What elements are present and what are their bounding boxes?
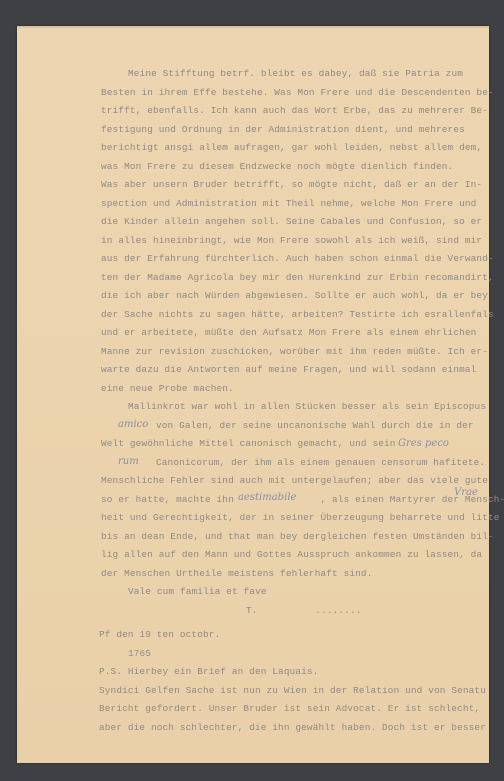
- text-line: T. ........: [246, 602, 362, 620]
- text-line: was Mon Frere zu diesem Endzwecke noch m…: [101, 158, 453, 176]
- text-line: ten der Madame Agricola bey mir den Hure…: [101, 269, 494, 287]
- text-line: Mallinkrot war wohl in allen Stücken bes…: [128, 398, 486, 416]
- text-line: lig allen auf den Mann und Gottes Ausspr…: [101, 546, 482, 564]
- text-line: Besten in ihrem Effe bestehe. Was Mon Fr…: [101, 84, 494, 102]
- text-line: spection und Administration mit Theil ne…: [101, 195, 476, 213]
- text-line: so er hatte, machte ihn , als einen Mart…: [101, 491, 504, 509]
- text-line: von Galen, der seine uncanonische Wahl d…: [156, 417, 474, 435]
- text-line: die ich aber nach Würden abgewiesen. Sol…: [101, 287, 488, 305]
- text-line: heit und Gerechtigkeit, der in seiner Üb…: [101, 509, 500, 527]
- text-line: die Kinder allein angehen soll. Seine Ca…: [101, 213, 482, 231]
- text-line: Canonicorum, der ihm als einem genauen c…: [156, 454, 485, 472]
- text-line: trifft, ebenfalls. Ich kann auch das Wor…: [101, 102, 488, 120]
- handwritten-note: rum: [118, 456, 139, 467]
- text-line: Bericht gefordert. Unser Bruder ist sein…: [99, 700, 480, 718]
- text-line: Manne zur revision zuschicken, worüber m…: [101, 343, 488, 361]
- text-line: eine neue Probe machen.: [101, 380, 234, 398]
- text-line: und er arbeitete, müßte den Aufsatz Mon …: [101, 324, 476, 342]
- text-line: Syndici Gelfen Sache ist nun zu Wien in …: [99, 682, 486, 700]
- text-line: festigung und Ordnung in der Administrat…: [101, 121, 465, 139]
- text-line: warte dazu die Antworten auf meine Frage…: [101, 361, 476, 379]
- text-line: Vale cum familia et fave: [128, 583, 267, 601]
- text-line: Was aber unsern Bruder betrifft, so mögt…: [101, 176, 482, 194]
- text-line: Meine Stifftung betrf. bleibt es dabey, …: [128, 65, 463, 83]
- text-line: der Menschen Urtheile meistens fehlerhaf…: [101, 565, 372, 583]
- text-line: aus der Erfahrung fürchterlich. Auch hab…: [101, 250, 494, 268]
- text-line: Pf den 19 ten octobr.: [99, 626, 220, 644]
- text-line: aber die noch schlechter, die ihn gewähl…: [99, 719, 486, 737]
- text-line: Menschliche Fehler sind auch mit unterge…: [101, 472, 488, 490]
- handwritten-note: Vrae: [454, 487, 478, 498]
- handwritten-note: amico: [118, 419, 148, 430]
- text-line: P.S. Hierbey ein Brief an den Laquais.: [99, 663, 319, 681]
- text-line: 1765: [128, 645, 151, 663]
- text-line: berichtigt ansgi allem aufragen, gar woh…: [101, 139, 482, 157]
- handwritten-note: aestimabile: [238, 492, 296, 503]
- text-line: Welt gewöhnliche Mittel canonisch gemach…: [101, 435, 396, 453]
- text-line: bis an dean Ende, und that man bey dergl…: [101, 528, 494, 546]
- text-line: in alles hineinbringt, wie Mon Frere sow…: [101, 232, 482, 250]
- text-line: der Sache nichts zu sagen hätte, arbeite…: [101, 306, 494, 324]
- document-page: Meine Stifftung betrf. bleibt es dabey, …: [17, 26, 489, 763]
- handwritten-note: Gres peco: [398, 438, 449, 449]
